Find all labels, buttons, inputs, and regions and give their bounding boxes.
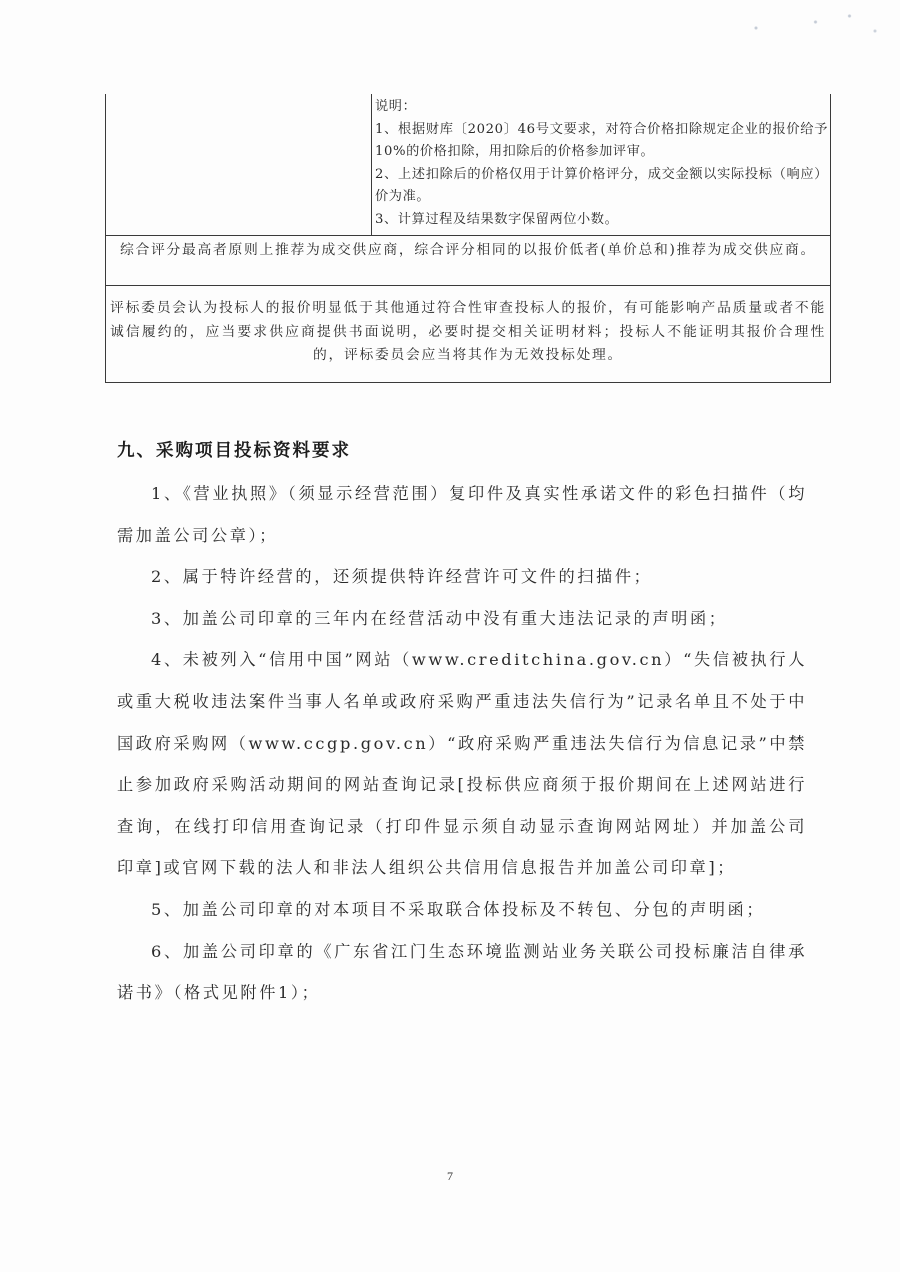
bid-materials-section: 九、采购项目投标资料要求 1、《营业执照》（须显示经营范围）复印件及真实性承诺文… bbox=[117, 434, 807, 1014]
notes-item: 2、上述扣除后的价格仅用于计算价格评分，成交金额以实际投标（响应） 价为准。 bbox=[375, 164, 828, 209]
table-cell-notes: 说明： 1、根据财库〔2020〕46号文要求，对符合价格扣除规定企业的报价给予1… bbox=[372, 94, 830, 235]
table-row-abnormal-price-rule: 评标委员会认为投标人的报价明显低于其他通过符合性审查投标人的报价，有可能影响产品… bbox=[106, 285, 830, 382]
table-row-recommendation-rule: 综合评分最高者原则上推荐为成交供应商，综合评分相同的以报价低者(单价总和)推荐为… bbox=[106, 235, 830, 285]
requirement-item: 2、属于特许经营的，还须提供特许经营许可文件的扫描件； bbox=[117, 556, 807, 598]
table-row-notes: 说明： 1、根据财库〔2020〕46号文要求，对符合价格扣除规定企业的报价给予1… bbox=[106, 94, 830, 235]
table-cell-empty bbox=[106, 94, 372, 235]
notes-item: 3、计算过程及结果数字保留两位小数。 bbox=[375, 209, 828, 232]
requirements-list: 1、《营业执照》（须显示经营范围）复印件及真实性承诺文件的彩色扫描件（均需加盖公… bbox=[117, 473, 807, 1014]
evaluation-table: 说明： 1、根据财库〔2020〕46号文要求，对符合价格扣除规定企业的报价给予1… bbox=[105, 94, 831, 383]
scan-artifact bbox=[722, 4, 892, 64]
requirement-item: 3、加盖公司印章的三年内在经营活动中没有重大违法记录的声明函； bbox=[117, 598, 807, 640]
requirement-item: 4、未被列入“信用中国”网站（www.creditchina.gov.cn）“失… bbox=[117, 639, 807, 889]
requirement-item: 5、加盖公司印章的对本项目不采取联合体投标及不转包、分包的声明函； bbox=[117, 889, 807, 931]
notes-heading: 说明： bbox=[375, 96, 828, 119]
section-title: 九、采购项目投标资料要求 bbox=[117, 434, 807, 468]
requirement-item: 1、《营业执照》（须显示经营范围）复印件及真实性承诺文件的彩色扫描件（均需加盖公… bbox=[117, 473, 807, 556]
notes-item: 1、根据财库〔2020〕46号文要求，对符合价格扣除规定企业的报价给予10%的价… bbox=[375, 119, 828, 164]
document-page: 说明： 1、根据财库〔2020〕46号文要求，对符合价格扣除规定企业的报价给予1… bbox=[0, 0, 900, 1272]
page-number: 7 bbox=[0, 1169, 900, 1184]
requirement-item: 6、加盖公司印章的《广东省江门生态环境监测站业务关联公司投标廉洁自律承诺书》（格… bbox=[117, 931, 807, 1014]
